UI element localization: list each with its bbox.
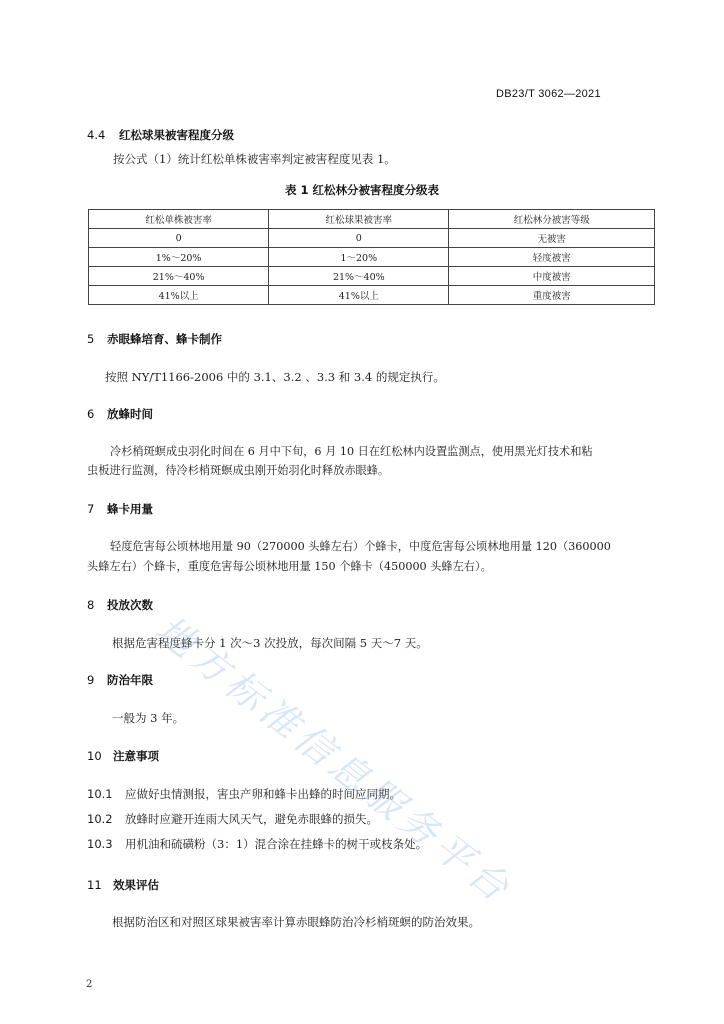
page-number: 2 [86,979,92,990]
section-heading-10: 10注意事项 [87,748,159,764]
paragraph-7-line-2: 头蜂左右）个蜂卡，重度危害每公顷林地用量 150 个蜂卡（450000 头蜂左右… [87,557,492,576]
section-heading-9: 9防治年限 [87,672,153,688]
section-heading-11: 11效果评估 [87,877,159,893]
table-cell: 41%以上 [89,286,269,305]
table-cell: 中度被害 [449,267,655,286]
section-title: 蜂卡用量 [107,502,153,516]
note-10-1: 10.1应做好虫情测报，害虫产卵和蜂卡出蜂的时间应同期。 [87,785,401,804]
section-number: 10 [87,749,113,763]
note-10-2: 10.2放蜂时应避开连雨大风天气，避免赤眼蜂的损失。 [87,810,378,829]
document-code: DB23/T 3062—2021 [496,88,601,100]
section-number: 9 [87,673,107,687]
section-number: 7 [87,502,107,516]
section-number: 4.4 [87,128,119,142]
note-number: 10.2 [87,810,125,829]
section-title: 效果评估 [113,878,159,892]
section-number: 11 [87,878,113,892]
paragraph-7-line-1: 轻度危害每公顷林地用量 90（270000 头蜂左右）个蜂卡，中度危害每公顷林地… [110,537,611,556]
section-title: 投放次数 [107,598,153,612]
paragraph-6-line-1: 冷杉梢斑螟成虫羽化时间在 6 月中下旬，6 月 10 日在红松林内设置监测点，使… [110,442,593,461]
table-header-row: 红松单株被害率 红松球果被害率 红松林分被害等级 [89,210,655,229]
note-number: 10.3 [87,835,125,854]
paragraph-4-4: 按公式（1）统计红松单株被害率判定被害程度见表 1。 [113,150,396,169]
table-row: 1%～20% 1～20% 轻度被害 [89,248,655,267]
section-title: 防治年限 [107,673,153,687]
section-heading-8: 8投放次数 [87,597,153,613]
table-cell: 41%以上 [269,286,449,305]
table-header-cell: 红松单株被害率 [89,210,269,229]
table-cell: 0 [89,229,269,248]
table-row: 0 0 无被害 [89,229,655,248]
table-cell: 重度被害 [449,286,655,305]
note-text: 放蜂时应避开连雨大风天气，避免赤眼蜂的损失。 [125,812,378,826]
section-number: 8 [87,598,107,612]
section-number: 6 [87,407,107,421]
table-cell: 0 [269,229,449,248]
table-cell: 1～20% [269,248,449,267]
section-title: 红松球果被害程度分级 [119,128,234,142]
table-cell: 21%～40% [89,267,269,286]
section-heading-6: 6放蜂时间 [87,406,153,422]
note-10-3: 10.3用机油和硫磺粉（3：1）混合涂在挂蜂卡的树干或枝条处。 [87,835,427,854]
note-text: 应做好虫情测报，害虫产卵和蜂卡出蜂的时间应同期。 [125,787,401,801]
table-header-cell: 红松球果被害率 [269,210,449,229]
note-number: 10.1 [87,785,125,804]
table-cell: 21%～40% [269,267,449,286]
section-title: 放蜂时间 [107,407,153,421]
table-cell: 无被害 [449,229,655,248]
section-title: 注意事项 [113,749,159,763]
note-text: 用机油和硫磺粉（3：1）混合涂在挂蜂卡的树干或枝条处。 [125,837,427,851]
table-row: 41%以上 41%以上 重度被害 [89,286,655,305]
section-heading-4-4: 4.4红松球果被害程度分级 [87,127,234,143]
section-title: 赤眼蜂培育、蜂卡制作 [107,332,222,346]
table-cell: 轻度被害 [449,248,655,267]
table-cell: 1%～20% [89,248,269,267]
paragraph-11: 根据防治区和对照区球果被害率计算赤眼蜂防治冷杉梢斑螟的防治效果。 [112,913,480,932]
section-heading-7: 7蜂卡用量 [87,501,153,517]
table-header-cell: 红松林分被害等级 [449,210,655,229]
section-number: 5 [87,332,107,346]
paragraph-8: 根据危害程度蜂卡分 1 次～3 次投放，每次间隔 5 天～7 天。 [112,634,428,653]
damage-grade-table: 红松单株被害率 红松球果被害率 红松林分被害等级 0 0 无被害 1%～20% … [88,209,655,305]
paragraph-9: 一般为 3 年。 [112,709,184,728]
table-row: 21%～40% 21%～40% 中度被害 [89,267,655,286]
table-caption: 表 1 红松林分被害程度分级表 [0,182,724,198]
paragraph-5: 按照 NY/T1166-2006 中的 3.1、3.2 、3.3 和 3.4 的… [105,368,445,387]
section-heading-5: 5赤眼蜂培育、蜂卡制作 [87,331,222,347]
paragraph-6-line-2: 虫板进行监测，待冷杉梢斑螟成虫刚开始羽化时释放赤眼蜂。 [87,461,389,480]
